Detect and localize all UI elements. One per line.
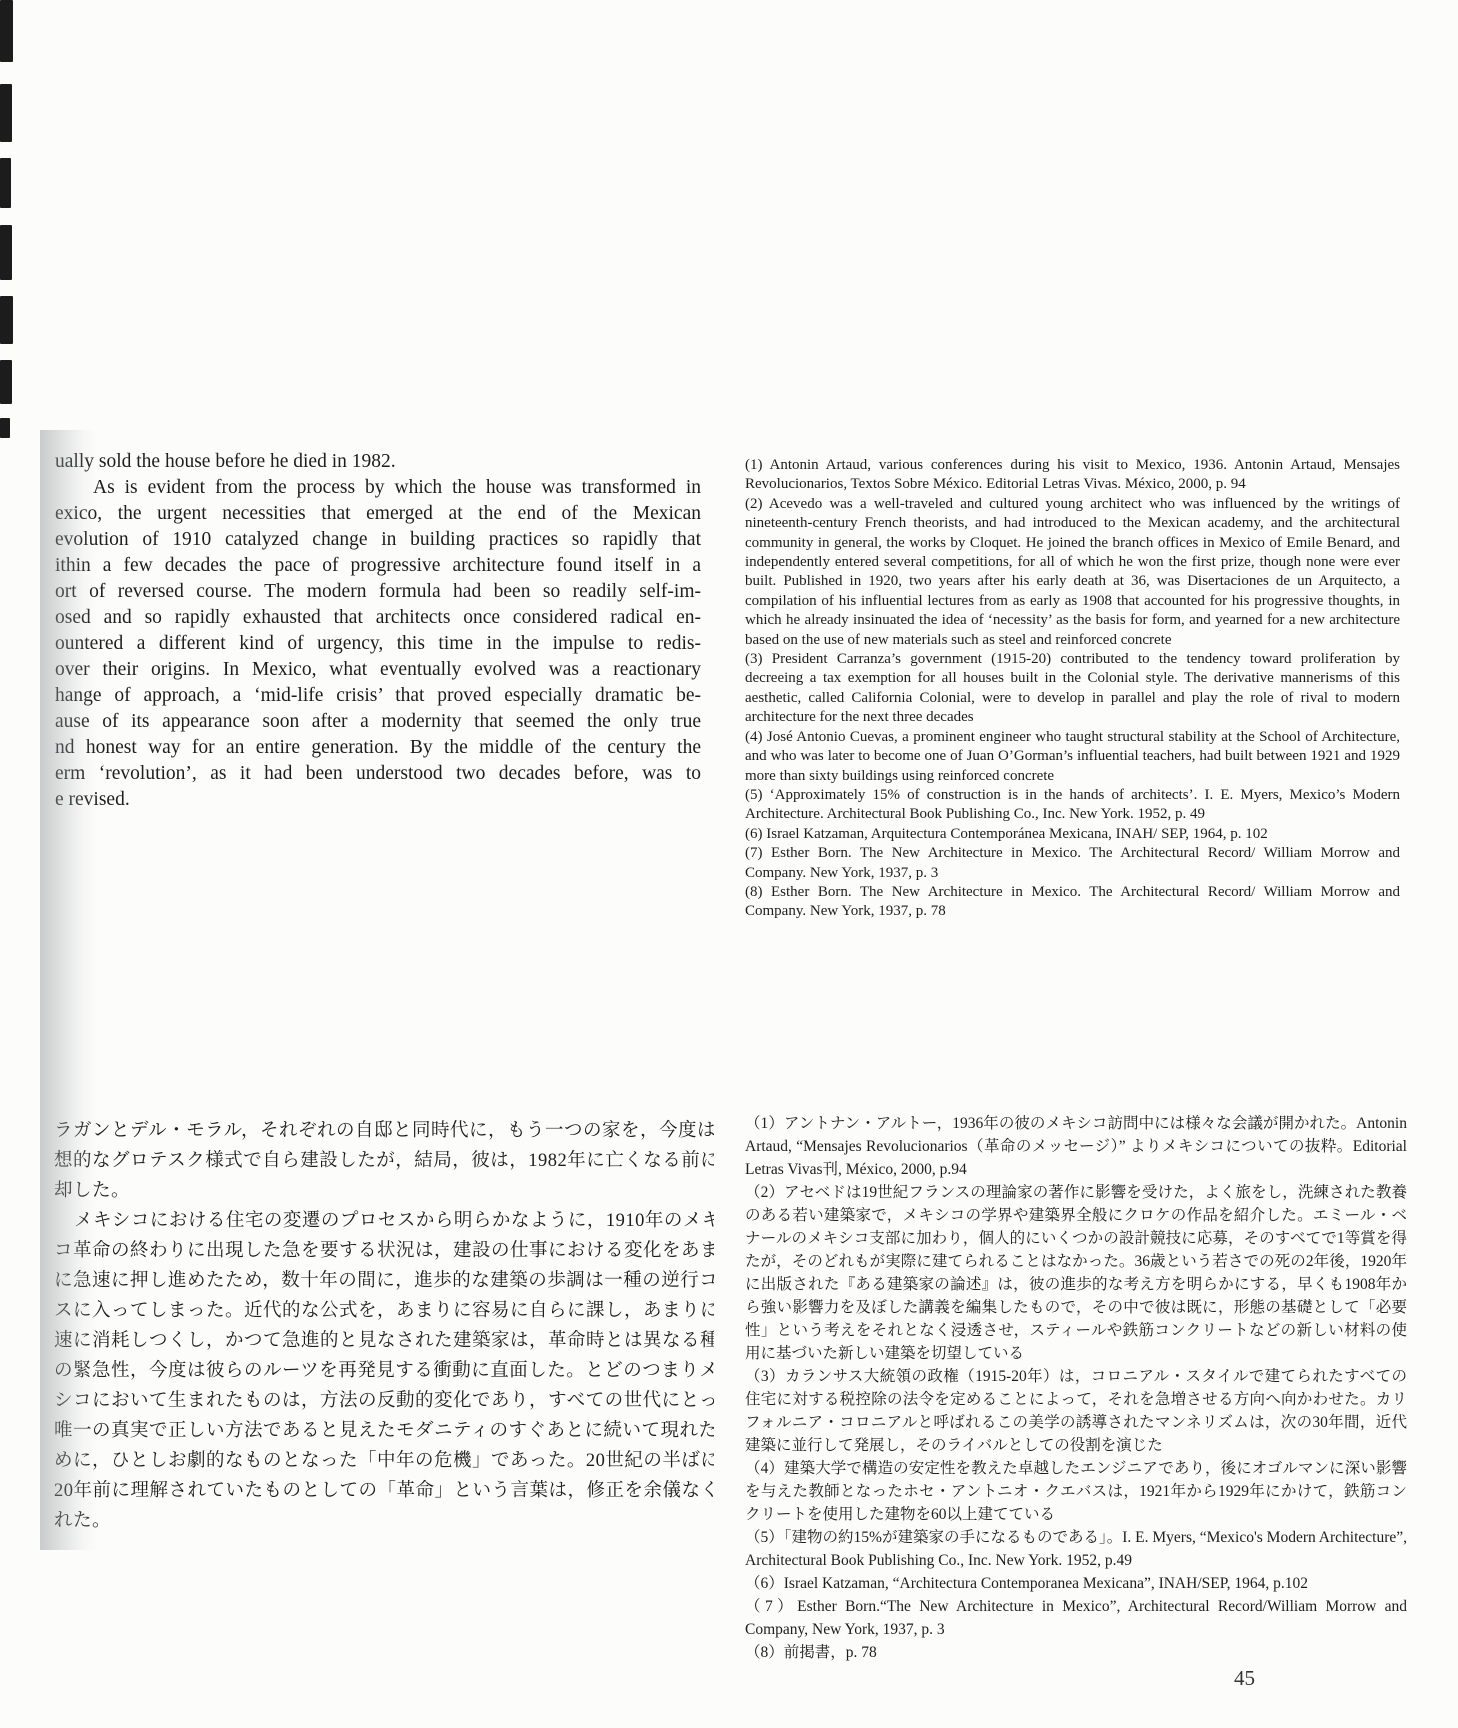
scan-edge-mark xyxy=(0,0,13,62)
english-footnote: (7) Esther Born. The New Architecture in… xyxy=(745,844,1400,883)
japanese-footnotes-column: （1）アントナン・アルトー，1936年の彼のメキシコ訪問中には様々な会議が開かれ… xyxy=(745,1112,1407,1664)
scan-edge-mark xyxy=(0,84,12,142)
english-text-line: osed and so rapidly exhausted that archi… xyxy=(55,605,701,631)
english-text-line: As is evident from the process by which … xyxy=(55,475,701,501)
japanese-text-line: シコにおいて生まれたものは，方法の反動的変化であり，すべての世代にとって xyxy=(54,1386,714,1416)
japanese-text-line: めに，ひとしお劇的なものとなった「中年の危機」であった。20世紀の半ばには， xyxy=(54,1446,714,1476)
scan-edge-mark xyxy=(0,158,11,208)
english-text-line: ually sold the house before he died in 1… xyxy=(55,449,701,475)
english-body-column: ually sold the house before he died in 1… xyxy=(55,449,701,813)
page-number: 45 xyxy=(1234,1666,1255,1691)
english-text-line: ause of its appearance soon after a mode… xyxy=(55,709,701,735)
japanese-footnote: （5）「建物の約15%が建築家の手になるものである」。I. E. Myers, … xyxy=(745,1526,1407,1572)
english-text-line: ithin a few decades the pace of progress… xyxy=(55,553,701,579)
japanese-body-column: ラガンとデル・モラル，それぞれの自邸と同時代に，もう一つの家を，今度は空想的なグ… xyxy=(54,1116,714,1536)
english-text-line: hange of approach, a ‘mid-life crisis’ t… xyxy=(55,683,701,709)
english-footnotes-column: (1) Antonin Artaud, various conferences … xyxy=(745,456,1400,922)
english-text-line: e revised. xyxy=(55,787,701,813)
scan-edge-marks xyxy=(0,0,16,450)
english-text-line: ountered a different kind of urgency, th… xyxy=(55,631,701,657)
english-footnote: (8) Esther Born. The New Architecture in… xyxy=(745,883,1400,922)
japanese-text-line: 却した。 xyxy=(54,1176,714,1206)
english-footnote: (3) President Carranza’s government (191… xyxy=(745,650,1400,728)
japanese-footnote: （6）Israel Katzaman, “Architectura Contem… xyxy=(745,1572,1407,1595)
scan-edge-mark xyxy=(0,360,12,404)
japanese-footnote: （3）カランサス大統領の政権（1915-20年）は，コロニアル・スタイルで建てら… xyxy=(745,1365,1407,1457)
scan-edge-mark xyxy=(0,296,13,344)
english-text-line: ort of reversed course. The modern formu… xyxy=(55,579,701,605)
english-text-line: over their origins. In Mexico, what even… xyxy=(55,657,701,683)
scan-edge-mark xyxy=(0,225,12,280)
japanese-text-line: メキシコにおける住宅の変遷のプロセスから明らかなように，1910年のメキシ xyxy=(54,1206,714,1236)
english-text-line: evolution of 1910 catalyzed change in bu… xyxy=(55,527,701,553)
english-text-line: erm ‘revolution’, as it had been underst… xyxy=(55,761,701,787)
scan-edge-mark xyxy=(0,418,10,438)
japanese-text-line: 唯一の真実で正しい方法であると見えたモダニティのすぐあとに続いて現れたた xyxy=(54,1416,714,1446)
japanese-text-line: コ革命の終わりに出現した急を要する状況は，建設の仕事における変化をあまり xyxy=(54,1236,714,1266)
english-footnote: (2) Acevedo was a well-traveled and cult… xyxy=(745,495,1400,650)
japanese-footnote: （8）前掲書，p. 78 xyxy=(745,1641,1407,1664)
english-text-line: nd honest way for an entire generation. … xyxy=(55,735,701,761)
japanese-text-line: の緊急性，今度は彼らのルーツを再発見する衝動に直面した。とどのつまりメキ xyxy=(54,1356,714,1386)
scanned-page: ually sold the house before he died in 1… xyxy=(0,0,1458,1728)
japanese-footnote: （7）Esther Born.“The New Architecture in … xyxy=(745,1595,1407,1641)
english-text-line: exico, the urgent necessities that emerg… xyxy=(55,501,701,527)
english-footnote: (4) José Antonio Cuevas, a prominent eng… xyxy=(745,728,1400,786)
japanese-footnote: （4）建築大学で構造の安定性を教えた卓越したエンジニアであり，後にオゴルマンに深… xyxy=(745,1457,1407,1526)
japanese-text-line: れた。 xyxy=(54,1506,714,1536)
japanese-text-line: ラガンとデル・モラル，それぞれの自邸と同時代に，もう一つの家を，今度は空 xyxy=(54,1116,714,1146)
japanese-footnote: （2）アセベドは19世紀フランスの理論家の著作に影響を受けた，よく旅をし，洗練さ… xyxy=(745,1181,1407,1365)
japanese-text-line: 速に消耗しつくし，かつて急進的と見なされた建築家は，革命時とは異なる種類 xyxy=(54,1326,714,1356)
japanese-text-line: に急速に押し進めたため，数十年の間に，進歩的な建築の歩調は一種の逆行コー xyxy=(54,1266,714,1296)
japanese-text-line: スに入ってしまった。近代的な公式を，あまりに容易に自らに課し，あまりに急 xyxy=(54,1296,714,1326)
english-footnote: (1) Antonin Artaud, various conferences … xyxy=(745,456,1400,495)
japanese-footnote: （1）アントナン・アルトー，1936年の彼のメキシコ訪問中には様々な会議が開かれ… xyxy=(745,1112,1407,1181)
english-footnote: (5) ‘Approximately 15% of construction i… xyxy=(745,786,1400,825)
japanese-text-line: 想的なグロテスク様式で自ら建設したが，結局，彼は，1982年に亡くなる前に売 xyxy=(54,1146,714,1176)
japanese-text-line: 20年前に理解されていたものとしての「革命」という言葉は，修正を余儀なくさ xyxy=(54,1476,714,1506)
english-footnote: (6) Israel Katzaman, Arquitectura Contem… xyxy=(745,825,1400,844)
